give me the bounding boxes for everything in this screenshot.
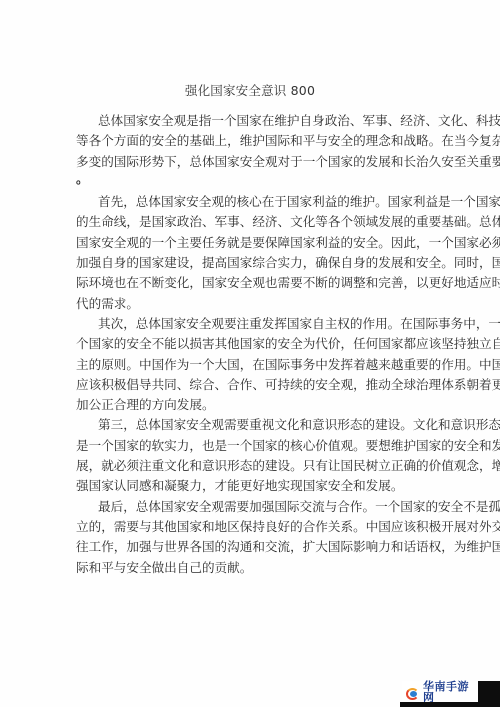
paragraph-intro: 总体国家安全观是指一个国家在维护自身政治、军事、经济、文化、科技 等各个方面的安… [76,111,426,192]
text-line: 总体国家安全观是指一个国家在维护自身政治、军事、经济、文化、科技 [76,111,426,131]
text-line: 等各个方面的安全的基础上，维护国际和平与安全的理念和战略。在当今复杂 [76,131,426,151]
text-line: 首先，总体国家安全观的核心在于国家利益的维护。国家利益是一个国家 [76,192,426,212]
text-line: 展，就必须注重文化和意识形态的建设。只有让国民树立正确的价值观念，增 [76,456,426,476]
text-line: 最后，总体国家安全观需要加强国际交流与合作。一个国家的安全不是孤 [76,497,426,517]
text-line: 的生命线，是国家政治、军事、经济、文化等各个领域发展的重要基础。总体 [76,212,426,232]
text-line: 个国家的安全不能以损害其他国家的安全为代价，任何国家都应该坚持独立自 [76,334,426,354]
document-title: 强化国家安全意识 800 [0,82,500,100]
paragraph-last: 最后，总体国家安全观需要加强国际交流与合作。一个国家的安全不是孤 立的，需要与其… [76,497,426,578]
swirl-logo-icon [406,687,420,701]
text-line: 。 [76,172,426,192]
text-line: 第三，总体国家安全观需要重视文化和意识形态的建设。文化和意识形态 [76,415,426,435]
paragraph-first: 首先，总体国家安全观的核心在于国家利益的维护。国家利益是一个国家 的生命线，是国… [76,192,426,314]
text-line: 多变的国际形势下，总体国家安全观对于一个国家的发展和长治久安至关重要 [76,152,426,172]
paragraph-second: 其次，总体国家安全观要注重发挥国家自主权的作用。在国际事务中，一 个国家的安全不… [76,314,426,415]
text-line: 主的原则。中国作为一个大国，在国际事务中发挥着越来越重要的作用。中国 [76,355,426,375]
text-line: 代的需求。 [76,294,426,314]
text-line: 是一个国家的软实力，也是一个国家的核心价值观。要想维护国家的安全和发 [76,436,426,456]
text-line: 立的，需要与其他国家和地区保持良好的合作关系。中国应该积极开展对外交 [76,517,426,537]
watermark-bottom-bar [400,702,500,707]
text-line: 国家安全观的一个主要任务就是要保障国家利益的安全。因此，一个国家必须 [76,233,426,253]
text-line: 际和平与安全做出自己的贡献。 [76,558,426,578]
document-page: 强化国家安全意识 800 总体国家安全观是指一个国家在维护自身政治、军事、经济、… [0,0,500,707]
watermark-name: 华南手游网 [423,681,478,703]
text-line: 应该积极倡导共同、综合、合作、可持续的安全观，推动全球治理体系朝着更 [76,375,426,395]
text-line: 强国家认同感和凝聚力，才能更好地实现国家安全和发展。 [76,476,426,496]
text-line: 加公正合理的方向发展。 [76,395,426,415]
text-line: 际环境也在不断变化，国家安全观也需要不断的调整和完善，以更好地适应时 [76,273,426,293]
document-body: 总体国家安全观是指一个国家在维护自身政治、军事、经济、文化、科技 等各个方面的安… [76,111,426,578]
text-line: 加强自身的国家建设，提高国家综合实力，确保自身的发展和安全。同时，国 [76,253,426,273]
text-line: 往工作，加强与世界各国的沟通和交流，扩大国际影响力和话语权，为维护国 [76,537,426,557]
paragraph-third: 第三，总体国家安全观需要重视文化和意识形态的建设。文化和意识形态 是一个国家的软… [76,415,426,496]
text-line: 其次，总体国家安全观要注重发挥国家自主权的作用。在国际事务中，一 [76,314,426,334]
